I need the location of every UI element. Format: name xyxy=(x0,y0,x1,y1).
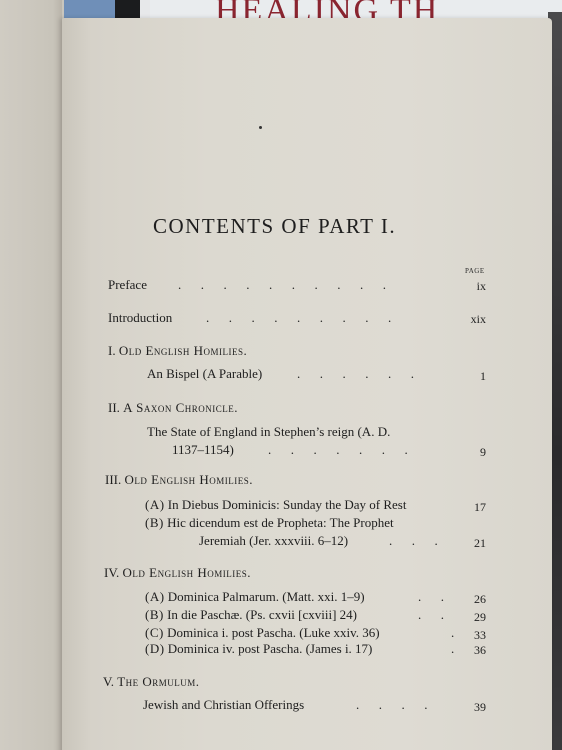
entry-title: Introduction xyxy=(108,310,172,325)
toc-entry: (A) In Diebus Dominicis: Sunday the Day … xyxy=(145,497,406,513)
entry-title: The State of England in Stephen’s reign … xyxy=(147,424,390,439)
part-title: Old English Homilies. xyxy=(123,565,251,580)
page-number: xix xyxy=(446,312,486,327)
entry-label: (B) xyxy=(145,607,164,622)
part-title: Old English Homilies. xyxy=(125,472,253,487)
toc-entry: (A) Dominica Palmarum. (Matt. xxi. 1–9) xyxy=(145,589,365,605)
entry-label: (C) xyxy=(145,625,164,640)
toc-entry-continuation: Jeremiah (Jer. xxxviii. 6–12) xyxy=(199,533,348,549)
page-number: 9 xyxy=(446,445,486,460)
part-title: The Ormulum. xyxy=(117,674,199,689)
entry-title: In Diebus Dominicis: Sunday the Day of R… xyxy=(168,497,407,512)
part-title: A Saxon Chronicle. xyxy=(123,400,238,415)
entry-title: Dominica i. post Pascha. (Luke xxiv. 36) xyxy=(167,625,380,640)
entry-title: An Bispel (A Parable) xyxy=(147,366,262,381)
part-title: Old English Homilies. xyxy=(119,343,247,358)
page-number: 17 xyxy=(446,500,486,515)
entry-label: (B) xyxy=(145,515,164,530)
part-numeral: I. xyxy=(108,343,116,358)
toc-entry: The State of England in Stephen’s reign … xyxy=(147,424,390,440)
toc-heading: CONTENTS OF PART I. xyxy=(153,214,396,239)
part-heading-i: I. Old English Homilies. xyxy=(108,343,247,359)
part-numeral: V. xyxy=(103,674,114,689)
toc-entry-preface: Preface xyxy=(108,277,147,293)
entry-title: Hic dicendum est de Propheta: The Prophe… xyxy=(167,515,393,530)
entry-label: (A) xyxy=(145,497,165,512)
toc-entry: (B) Hic dicendum est de Propheta: The Pr… xyxy=(145,515,394,531)
dot-leaders: . . . . . . . xyxy=(268,442,408,458)
facing-page xyxy=(0,0,62,750)
entry-title-cont: 1137–1154) xyxy=(172,442,234,457)
dot-leaders: . . . . . . . . . . xyxy=(178,277,386,293)
page-number: 39 xyxy=(446,700,486,715)
entry-title: Jewish and Christian Offerings xyxy=(143,697,304,712)
part-numeral: II. xyxy=(108,400,120,415)
entry-title: Dominica Palmarum. (Matt. xxi. 1–9) xyxy=(168,589,365,604)
part-heading-iv: IV. Old English Homilies. xyxy=(104,565,251,581)
page-number: 29 xyxy=(446,610,486,625)
entry-title: Preface xyxy=(108,277,147,292)
toc-entry-introduction: Introduction xyxy=(108,310,172,326)
part-numeral: IV. xyxy=(104,565,119,580)
part-heading-v: V. The Ormulum. xyxy=(103,674,200,690)
toc-entry: (B) In die Paschæ. (Ps. cxvii [cxviii] 2… xyxy=(145,607,357,623)
toc-entry: An Bispel (A Parable) xyxy=(147,366,262,382)
page-number: 36 xyxy=(446,643,486,658)
part-numeral: III. xyxy=(105,472,121,487)
toc-entry: (D) Dominica iv. post Pascha. (James i. … xyxy=(145,641,372,657)
page-speck xyxy=(259,126,262,129)
page-number: 21 xyxy=(446,536,486,551)
page-number: 26 xyxy=(446,592,486,607)
dot-leaders: . . . . . . . . . xyxy=(206,310,391,326)
page-number: 1 xyxy=(446,369,486,384)
part-heading-ii: II. A Saxon Chronicle. xyxy=(108,400,238,416)
entry-title: In die Paschæ. (Ps. cxvii [cxviii] 24) xyxy=(167,607,357,622)
page-number: ix xyxy=(446,279,486,294)
entry-label: (D) xyxy=(145,641,165,656)
toc-entry-continuation: 1137–1154) xyxy=(172,442,234,458)
dot-leaders: . . . . . . xyxy=(297,366,414,382)
entry-title: Dominica iv. post Pascha. (James i. 17) xyxy=(168,641,373,656)
entry-title-cont: Jeremiah (Jer. xxxviii. 6–12) xyxy=(199,533,348,548)
part-heading-iii: III. Old English Homilies. xyxy=(105,472,253,488)
page-column-label: PAGE xyxy=(465,267,485,275)
toc-entry: (C) Dominica i. post Pascha. (Luke xxiv.… xyxy=(145,625,380,641)
toc-entry: Jewish and Christian Offerings xyxy=(143,697,304,713)
entry-label: (A) xyxy=(145,589,165,604)
dot-leaders: . . . xyxy=(389,533,438,549)
dot-leaders: . . xyxy=(418,589,444,605)
dot-leaders: . . xyxy=(418,607,444,623)
dot-leaders: . . . . xyxy=(356,697,428,713)
